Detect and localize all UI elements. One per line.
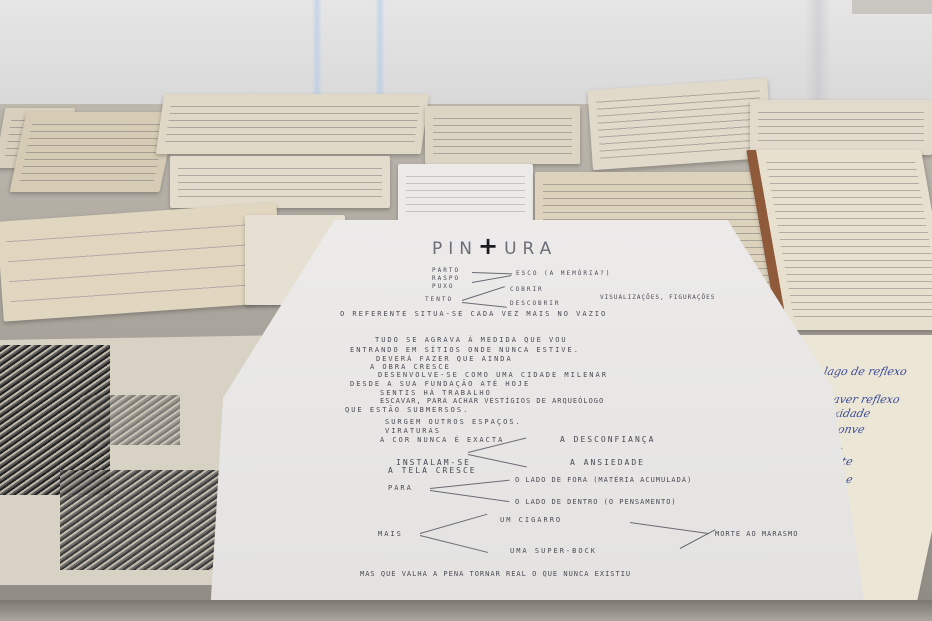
handwritten-line: O REFERENTE SITUA-SE CADA VEZ MAIS NO VA… — [340, 310, 607, 318]
handwritten-line: A TELA CRESCE — [388, 466, 477, 475]
handwritten-line: MAS QUE VALHA A PENA TORNAR REAL O QUE N… — [360, 570, 631, 578]
handwritten-line: O LADO DE FORA (MATÉRIA ACUMULADA) — [515, 476, 692, 484]
handwritten-line: A COR NUNCA É EXACTA — [380, 436, 504, 444]
bracket-line — [462, 286, 505, 301]
bracket-line — [430, 480, 510, 489]
note-card — [398, 164, 533, 222]
handwritten-line: UMA SUPER-BOCK — [510, 547, 597, 555]
handwritten-line: DESENVOLVE-SE COMO UMA CIDADE MILENAR — [378, 371, 608, 379]
handwritten-line: COBRIR — [510, 286, 544, 293]
bracket-line — [462, 302, 507, 308]
open-notebook — [156, 94, 429, 154]
open-notebook — [587, 78, 772, 170]
bracket-line — [472, 275, 512, 283]
bracket-line — [420, 514, 488, 534]
glass-case-edge — [805, 0, 831, 100]
display-case-photo: o lago de reflexo feito a haver reflexo … — [0, 0, 932, 621]
handwritten-line: VIRATURAS — [385, 427, 441, 435]
handwritten-line: DEVERÁ FAZER QUE AINDA — [376, 355, 513, 363]
handwritten-line: o lago de reflexo — [813, 365, 909, 378]
handwritten-line: RASPO — [432, 275, 460, 282]
notebook — [425, 106, 580, 164]
bracket-line — [472, 272, 512, 274]
bracket-line — [468, 454, 527, 467]
handwritten-line: O LADO DE DENTRO (O PENSAMENTO) — [515, 498, 677, 506]
handwritten-line: PARTO — [432, 267, 460, 274]
handwritten-letter — [0, 202, 283, 321]
handwritten-line: QUE ESTÃO SUBMERSOS. — [345, 406, 469, 414]
notebook — [9, 112, 176, 192]
handwritten-line: SURGEM OUTROS ESPAÇOS. — [385, 418, 522, 426]
handwritten-line: DESDE A SUA FUNDAÇÃO ATÉ HOJE — [350, 380, 530, 388]
handwritten-line: TENTO — [425, 296, 453, 303]
handwritten-line: TUDO SE AGRAVA À MEDIDA QUE VOU — [375, 336, 568, 344]
handwritten-line: VISUALIZAÇÕES, FIGURAÇÕES — [600, 294, 715, 301]
handwritten-line: ESCO (A MEMÓRIA?) — [516, 270, 611, 277]
sketch-shading — [60, 470, 240, 570]
sketch-shading — [80, 395, 180, 445]
handwritten-line: MAIS — [378, 530, 403, 538]
title-cross: + — [478, 232, 504, 260]
bracket-line — [420, 535, 488, 553]
ceiling-shade — [852, 0, 932, 14]
title-part: PIN — [432, 239, 478, 259]
notebook — [170, 156, 390, 208]
handwritten-line: A DESCONFIANÇA — [560, 435, 655, 444]
title-part: URA — [504, 239, 557, 259]
notebook — [750, 100, 932, 155]
bracket-line — [430, 490, 509, 502]
handwritten-line: PARA — [388, 484, 413, 492]
bracket-line — [630, 522, 709, 534]
handwritten-line: DESCOBRIR — [510, 300, 561, 307]
handwritten-line: ENTRANDO EM SÍTIOS ONDE NUNCA ESTIVE. — [350, 346, 580, 354]
handwritten-line: A OBRA CRESCE — [370, 363, 451, 371]
handwritten-line: MORTE AO MARASMO — [715, 530, 798, 538]
handwritten-line: PUXO — [432, 283, 454, 290]
handwritten-line: A ANSIEDADE — [570, 458, 645, 467]
handwritten-line: ESCAVAR, PARA ACHAR VESTÍGIOS DE ARQUEÓL… — [380, 397, 604, 405]
case-base — [0, 600, 932, 621]
handwritten-line: UM CIGARRO — [500, 516, 562, 524]
manuscript-title: PIN+URA — [432, 232, 557, 260]
handwritten-line: SENTIS HÁ TRABALHO — [380, 389, 492, 397]
